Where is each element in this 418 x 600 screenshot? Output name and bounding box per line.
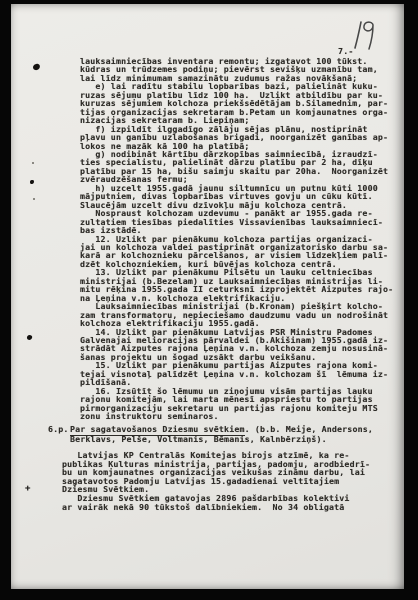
typed-page-number: 7.- (338, 46, 354, 56)
body-text: lauksaimniecības inventara remontu; izga… (80, 57, 393, 420)
scanned-page: 7.- lauksaimniecības inventara remontu; … (0, 0, 418, 600)
ink-speck (33, 198, 35, 200)
agenda-title-rest: . (b.b. Meije, Andersons, (245, 424, 373, 434)
closing-paragraph: Latvijas KP Centralās Komitejas birojs a… (62, 451, 370, 511)
text-line: zonu instruktoru seminaros. (80, 412, 393, 420)
margin-plus-mark: + (25, 484, 30, 494)
agenda-item-title: Par sagatavošanos Dziesmu svētkiem. (b.b… (70, 424, 373, 434)
handwritten-page-number (350, 18, 378, 52)
text-line: ar vairāk nekā 90 tūkstoš dalībniekiem. … (62, 503, 370, 512)
agenda-item-number: 6.p. (48, 424, 69, 434)
agenda-attendees: Berklavs, Pelše, Voltmanis, Bēmanis, Kal… (70, 434, 327, 444)
ink-speck (32, 162, 34, 164)
